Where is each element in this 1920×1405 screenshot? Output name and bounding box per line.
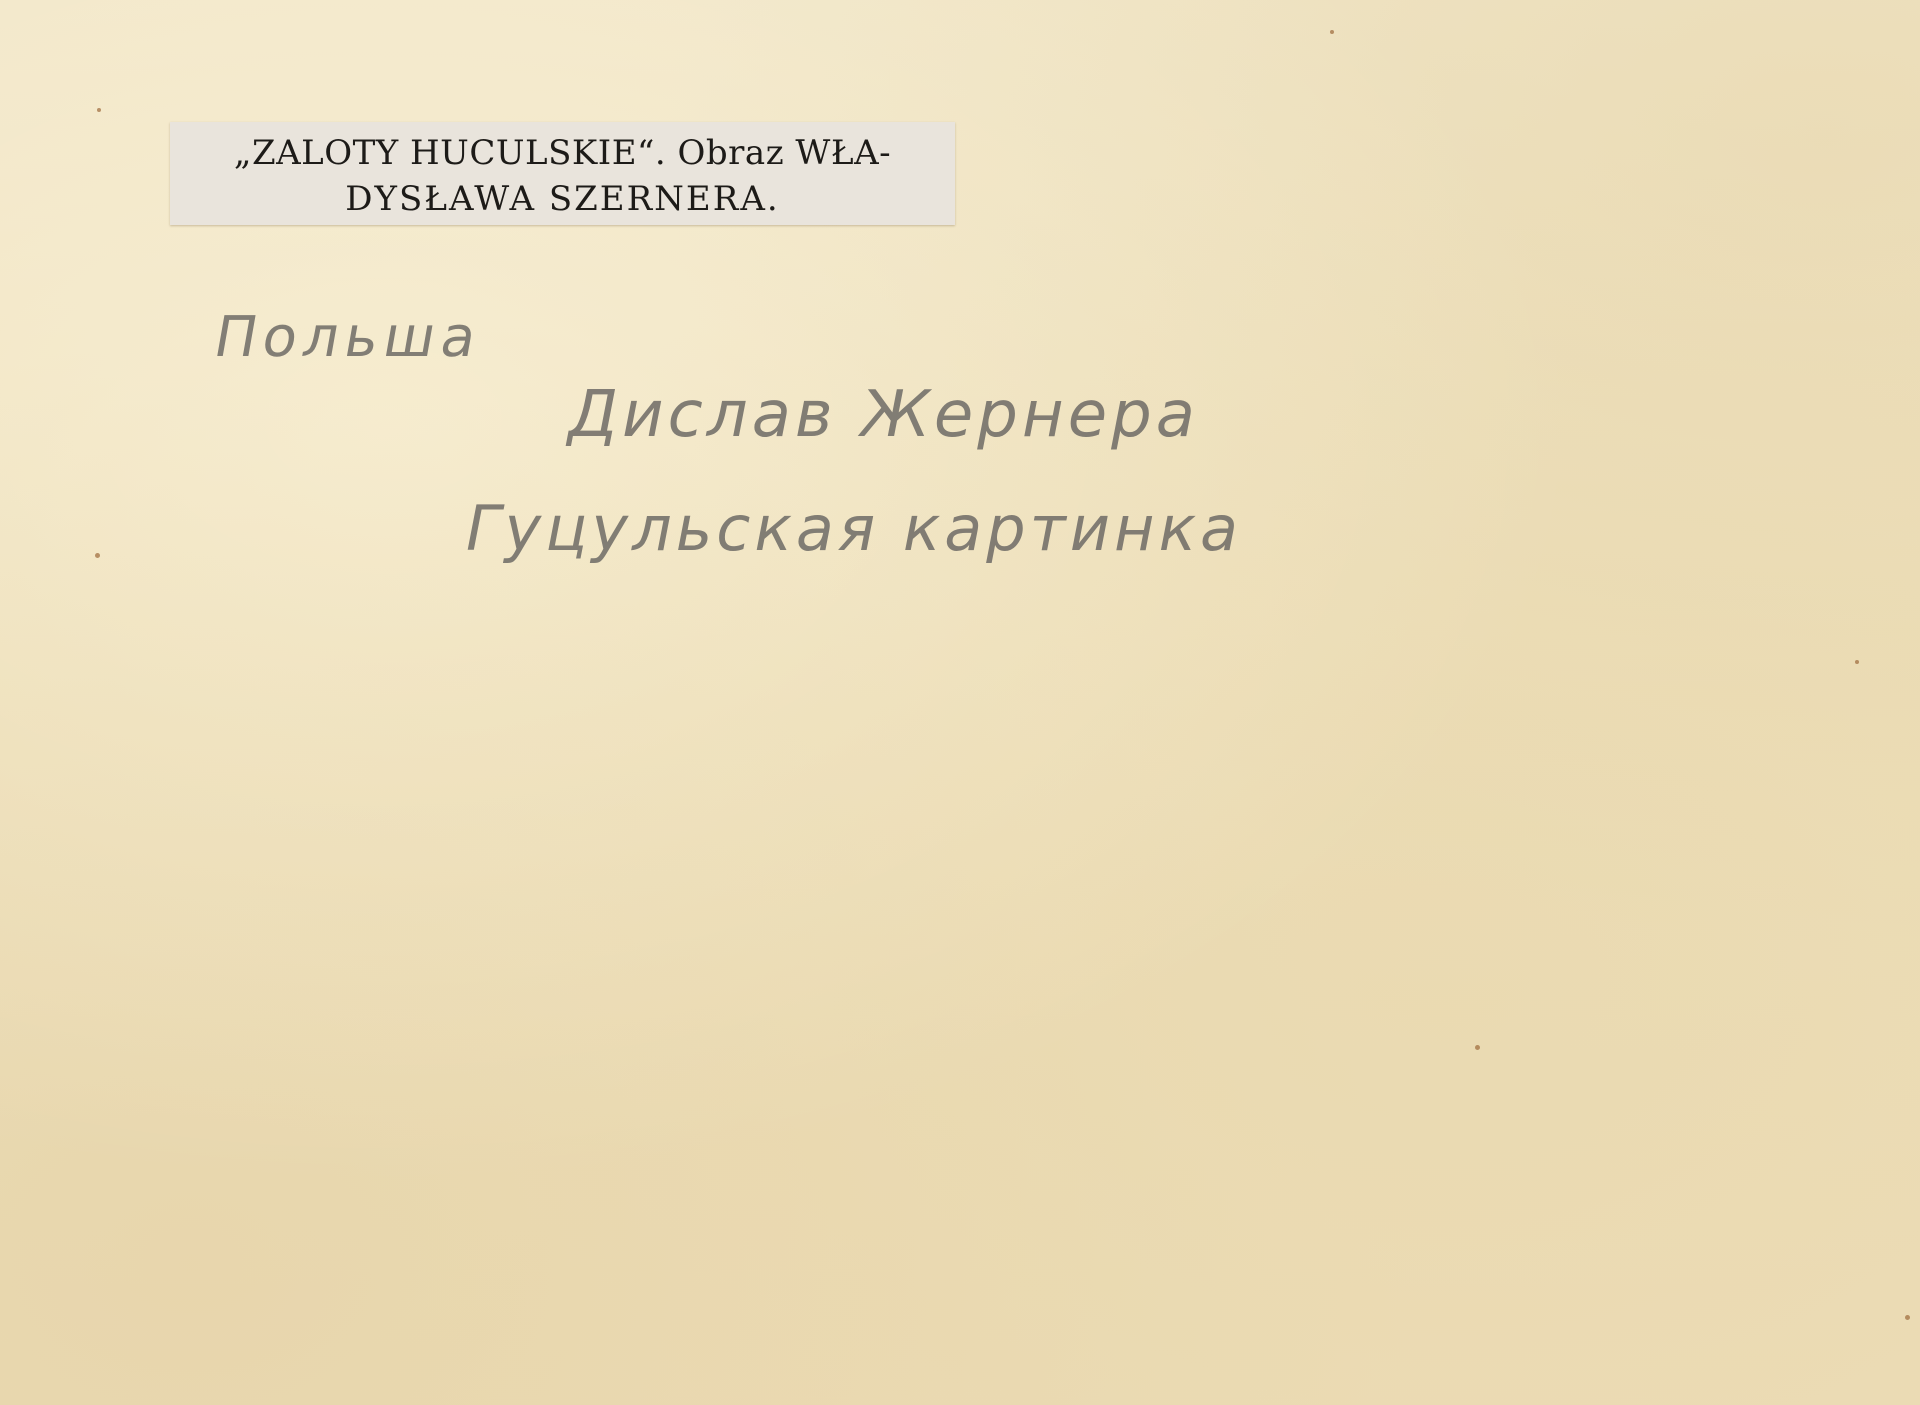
handwritten-artist: Дислав Жернера xyxy=(568,378,1199,452)
paper-speck xyxy=(1855,660,1859,664)
handwritten-title: Гуцульская картинка xyxy=(466,492,1242,565)
label-line-1: „ZALOTY HUCULSKIE“. Obraz WŁA- xyxy=(170,130,955,176)
paper-speck xyxy=(95,553,100,558)
label-line-2: DYSŁAWA SZERNERA. xyxy=(170,176,955,222)
paper-speck xyxy=(1330,30,1334,34)
paper-speck xyxy=(1475,1045,1480,1050)
paper-speck xyxy=(97,108,101,112)
paper-speck xyxy=(1905,1315,1910,1320)
printed-title-label: „ZALOTY HUCULSKIE“. Obraz WŁA- DYSŁAWA S… xyxy=(170,122,955,225)
handwritten-country: Польша xyxy=(209,305,487,370)
